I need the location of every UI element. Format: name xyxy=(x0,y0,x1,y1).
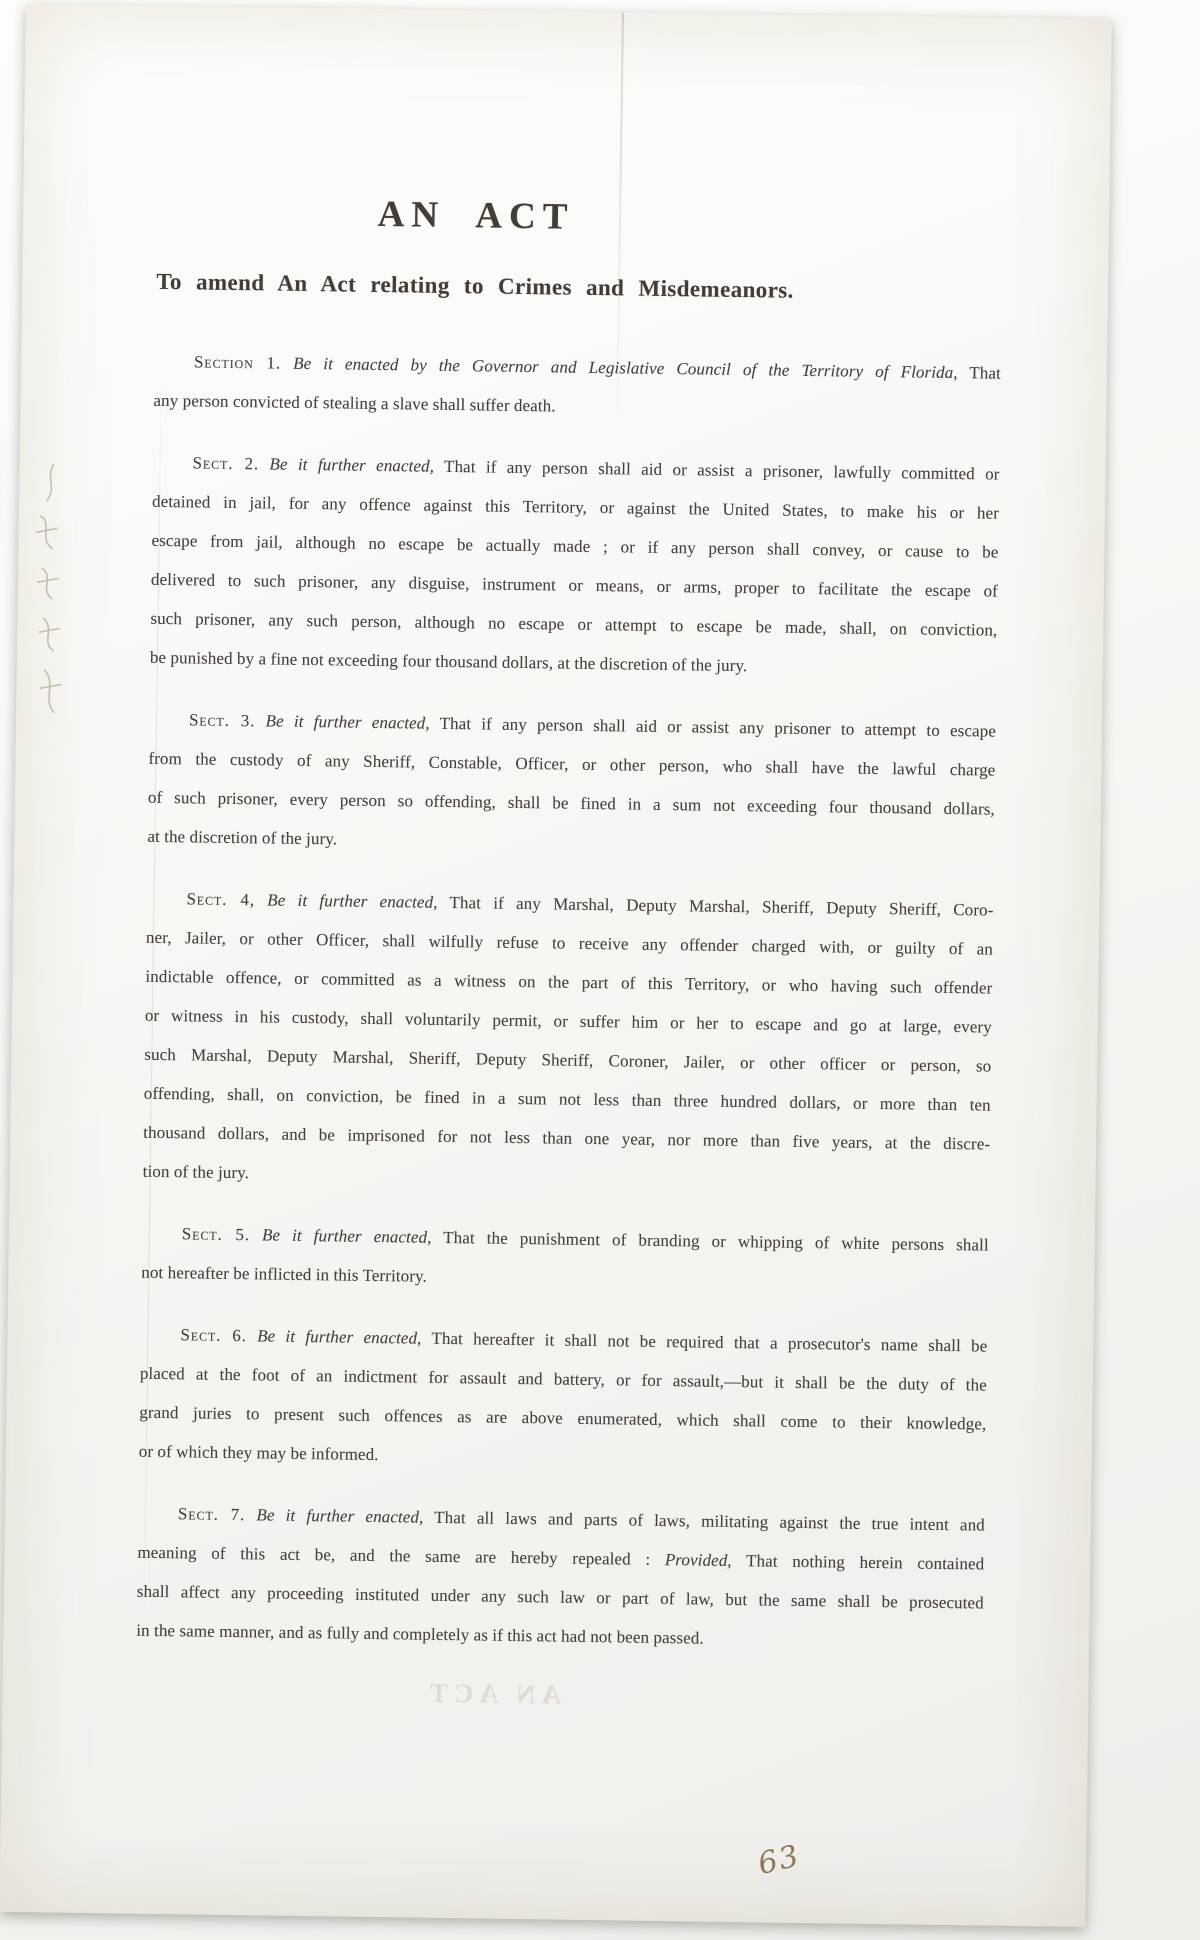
text-segment: That if any person shall aid or assist a… xyxy=(430,714,996,741)
text-segment: offending, shall, on conviction, be fine… xyxy=(144,1084,991,1115)
text-segment: Be it further enacted, xyxy=(245,1505,423,1526)
act-section: Sect. 2. Be it further enacted, That if … xyxy=(150,443,1000,689)
text-segment: at the discretion of the jury. xyxy=(147,827,337,849)
section-heading: Sect. 7. xyxy=(178,1504,246,1524)
act-section: Section 1. Be it enacted by the Governor… xyxy=(153,342,1001,432)
text-segment: That xyxy=(958,363,1002,383)
act-section: Sect. 4, Be it further enacted, That if … xyxy=(142,879,993,1203)
section-heading: Sect. 4, xyxy=(186,889,255,909)
text-segment: escape from jail, although no escape be … xyxy=(151,531,998,562)
text-segment: Be it further enacted, xyxy=(250,1225,432,1247)
bleedthrough-text: AN ACT xyxy=(332,1676,652,1711)
act-section: Sect. 5. Be it further enacted, That the… xyxy=(141,1214,989,1304)
text-segment: such prisoner, any such person, although… xyxy=(150,609,997,640)
text-segment: That if any Marshal, Deputy Marshal, She… xyxy=(437,893,993,920)
text-segment: grand juries to present such offences as… xyxy=(139,1403,986,1434)
document-body: Section 1. Be it enacted by the Governor… xyxy=(136,342,1001,1662)
text-segment: or of which they may be informed. xyxy=(139,1442,379,1464)
act-section: Sect. 7. Be it further enacted, That all… xyxy=(136,1494,985,1662)
text-segment: shall affect any proceeding instituted u… xyxy=(137,1582,984,1613)
text-segment: any person convicted of stealing a slave… xyxy=(153,391,555,416)
document-paper: AN ACT To amend An Act relating to Crime… xyxy=(0,4,1112,1927)
document-subtitle: To amend An Act relating to Crimes and M… xyxy=(22,266,928,307)
text-segment: be punished by a fine not exceeding four… xyxy=(150,648,748,675)
text-segment: of such prisoner, every person so offend… xyxy=(148,788,995,819)
text-segment: Be it further enacted, xyxy=(255,890,438,912)
text-segment: ner, Jailer, or other Officer, shall wil… xyxy=(146,928,993,959)
act-section: Sect. 6. Be it further enacted, That her… xyxy=(139,1315,988,1483)
text-segment: That if any person shall aid or assist a… xyxy=(434,457,1000,484)
text-segment: Be it enacted by the Governor and Legisl… xyxy=(281,354,958,382)
text-segment: in the same manner, and as fully and com… xyxy=(136,1621,704,1648)
document-heading: AN ACT To amend An Act relating to Crime… xyxy=(22,190,929,307)
section-heading: Section 1. xyxy=(194,352,281,372)
text-segment: thousand dollars, and be imprisoned for … xyxy=(143,1123,990,1154)
text-segment: placed at the foot of an indictment for … xyxy=(140,1364,987,1395)
section-heading: Sect. 3. xyxy=(189,710,256,730)
text-segment: That nothing herein contained xyxy=(732,1551,985,1574)
text-segment: tion of the jury. xyxy=(143,1162,250,1182)
text-segment: from the custody of any Sheriff, Constab… xyxy=(148,749,995,780)
section-heading: Sect. 2. xyxy=(192,453,259,473)
text-segment: That hereafter it shall not be required … xyxy=(421,1329,987,1356)
text-segment: Be it further enacted, xyxy=(255,711,430,732)
text-segment: Be it further enacted, xyxy=(259,454,434,475)
act-section: Sect. 3. Be it further enacted, That if … xyxy=(147,700,996,868)
document-title: AN ACT xyxy=(23,190,929,243)
text-segment: such Marshal, Deputy Marshal, Sheriff, D… xyxy=(144,1045,991,1076)
text-segment: not hereafter be inflicted in this Terri… xyxy=(141,1263,427,1286)
section-heading: Sect. 6. xyxy=(180,1325,247,1345)
text-segment: Provided, xyxy=(665,1550,732,1570)
text-segment: or witness in his custody, shall volunta… xyxy=(145,1006,992,1037)
text-segment: indictable offence, or committed as a wi… xyxy=(145,967,992,998)
text-segment: Be it further enacted, xyxy=(247,1326,422,1347)
handwritten-page-number: 63 xyxy=(755,1838,804,1882)
text-segment: delivered to such prisoner, any disguise… xyxy=(151,570,998,601)
text-segment: detained in jail, for any offence agains… xyxy=(152,492,999,523)
handwritten-margin-scribble xyxy=(20,456,72,737)
section-heading: Sect. 5. xyxy=(182,1224,250,1244)
text-segment: meaning of this act be, and the same are… xyxy=(137,1543,665,1569)
text-segment: That the punishment of branding or whipp… xyxy=(431,1228,988,1255)
text-segment: That all laws and parts of laws, militat… xyxy=(423,1508,985,1535)
